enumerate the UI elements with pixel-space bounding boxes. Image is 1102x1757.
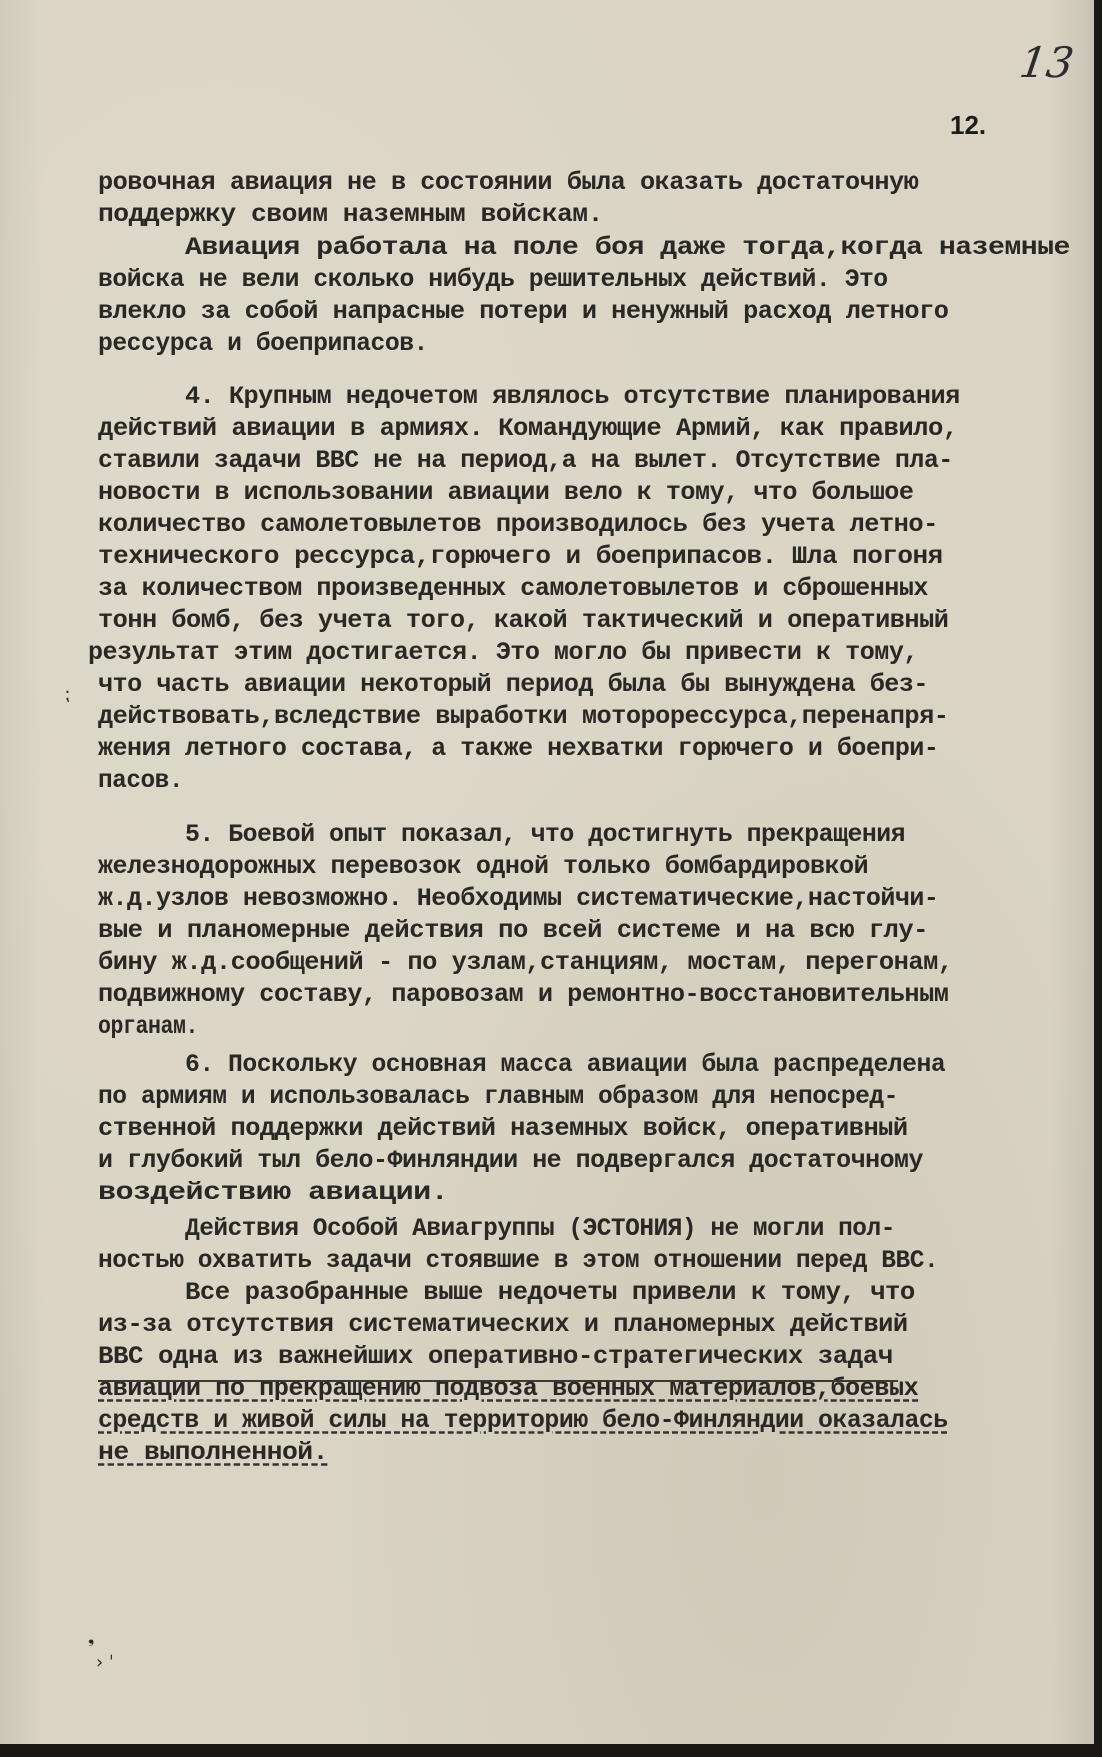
text-line: ностью охватить задачи стоявшие в этом о…	[98, 1246, 938, 1276]
text-line: жения летного состава, а также нехватки …	[98, 734, 938, 764]
text-line: из-за отсутствия систематических и плано…	[98, 1310, 908, 1340]
text-line: поддержку своим наземным войскам.	[98, 200, 603, 230]
text-line: пасов.	[98, 766, 183, 796]
text-line: Действия Особой Авиагруппы (ЭСТОНИЯ) не …	[185, 1214, 895, 1244]
text-line: ж.д.узлов невозможно. Необходимы система…	[98, 884, 938, 914]
text-line: подвижному составу, паровозам и ремонтно…	[98, 980, 948, 1010]
text-line: вые и планомерные действия по всей систе…	[98, 916, 928, 946]
text-line: ственной поддержки действий наземных вой…	[98, 1114, 908, 1144]
text-line: ВВС одна из важнейших оперативно-стратег…	[98, 1342, 893, 1372]
text-line: и глубокий тыл бело-Финляндии не подверг…	[98, 1146, 923, 1176]
text-line: Авиация работала на поле боя даже тогда,…	[185, 233, 1070, 263]
text-line: действий авиации в армиях. Командующие А…	[98, 414, 958, 444]
document-page: 13 12. ровочная авиация не в состоянии б…	[0, 0, 1094, 1744]
margin-mark: ⁏	[64, 684, 70, 705]
text-line: за количеством произведенных самолетовыл…	[98, 574, 928, 604]
text-line: 6. Поскольку основная масса авиации была…	[185, 1050, 945, 1080]
margin-mark: ❟	[88, 1628, 94, 1648]
text-line: Все разобранные выше недочеты привели к …	[185, 1278, 915, 1308]
text-line: не выполненной.	[98, 1438, 328, 1468]
text-line: авиации по прекращению подвоза военных м…	[98, 1374, 918, 1404]
text-line: бину ж.д.сообщений - по узлам,станциям, …	[98, 948, 953, 978]
text-line: средств и живой силы на территорию бело-…	[98, 1406, 948, 1436]
text-line: влекло за собой напрасные потери и ненуж…	[98, 297, 948, 327]
text-line: ставили задачи ВВС не на период,а на выл…	[98, 446, 953, 476]
archive-sheet-number: 13	[1017, 38, 1077, 87]
margin-mark: › ˈ	[96, 1652, 114, 1673]
text-line: результат этим достигается. Это могло бы…	[88, 638, 918, 668]
page-number: 12.	[950, 110, 986, 141]
text-line: войска не вели сколько нибудь решительны…	[98, 265, 888, 295]
text-line: по армиям и использовалась главным образ…	[98, 1082, 898, 1112]
text-line: ровочная авиация не в состоянии была ока…	[98, 168, 918, 198]
text-line: количество самолетовылетов производилось…	[98, 510, 938, 540]
text-line: воздействию авиации.	[98, 1178, 448, 1208]
text-line: технического рессурса,горючего и боеприп…	[98, 542, 943, 572]
text-line: рессурса и боеприпасов.	[98, 329, 428, 359]
text-line: что часть авиации некоторый период была …	[98, 670, 928, 700]
text-line: железнодорожных перевозок одной только б…	[98, 852, 868, 882]
strikethrough-line	[98, 1380, 898, 1382]
text-line: тонн бомб, без учета того, какой тактиче…	[98, 606, 948, 636]
text-line: 4. Крупным недочетом являлось отсутствие…	[185, 382, 960, 412]
text-line: органам.	[98, 1012, 198, 1042]
text-line: действовать,вследствие выработки моторор…	[98, 702, 948, 732]
text-line: 5. Боевой опыт показал, что достигнуть п…	[185, 820, 905, 850]
text-line: новости в использовании авиации вело к т…	[98, 478, 913, 508]
